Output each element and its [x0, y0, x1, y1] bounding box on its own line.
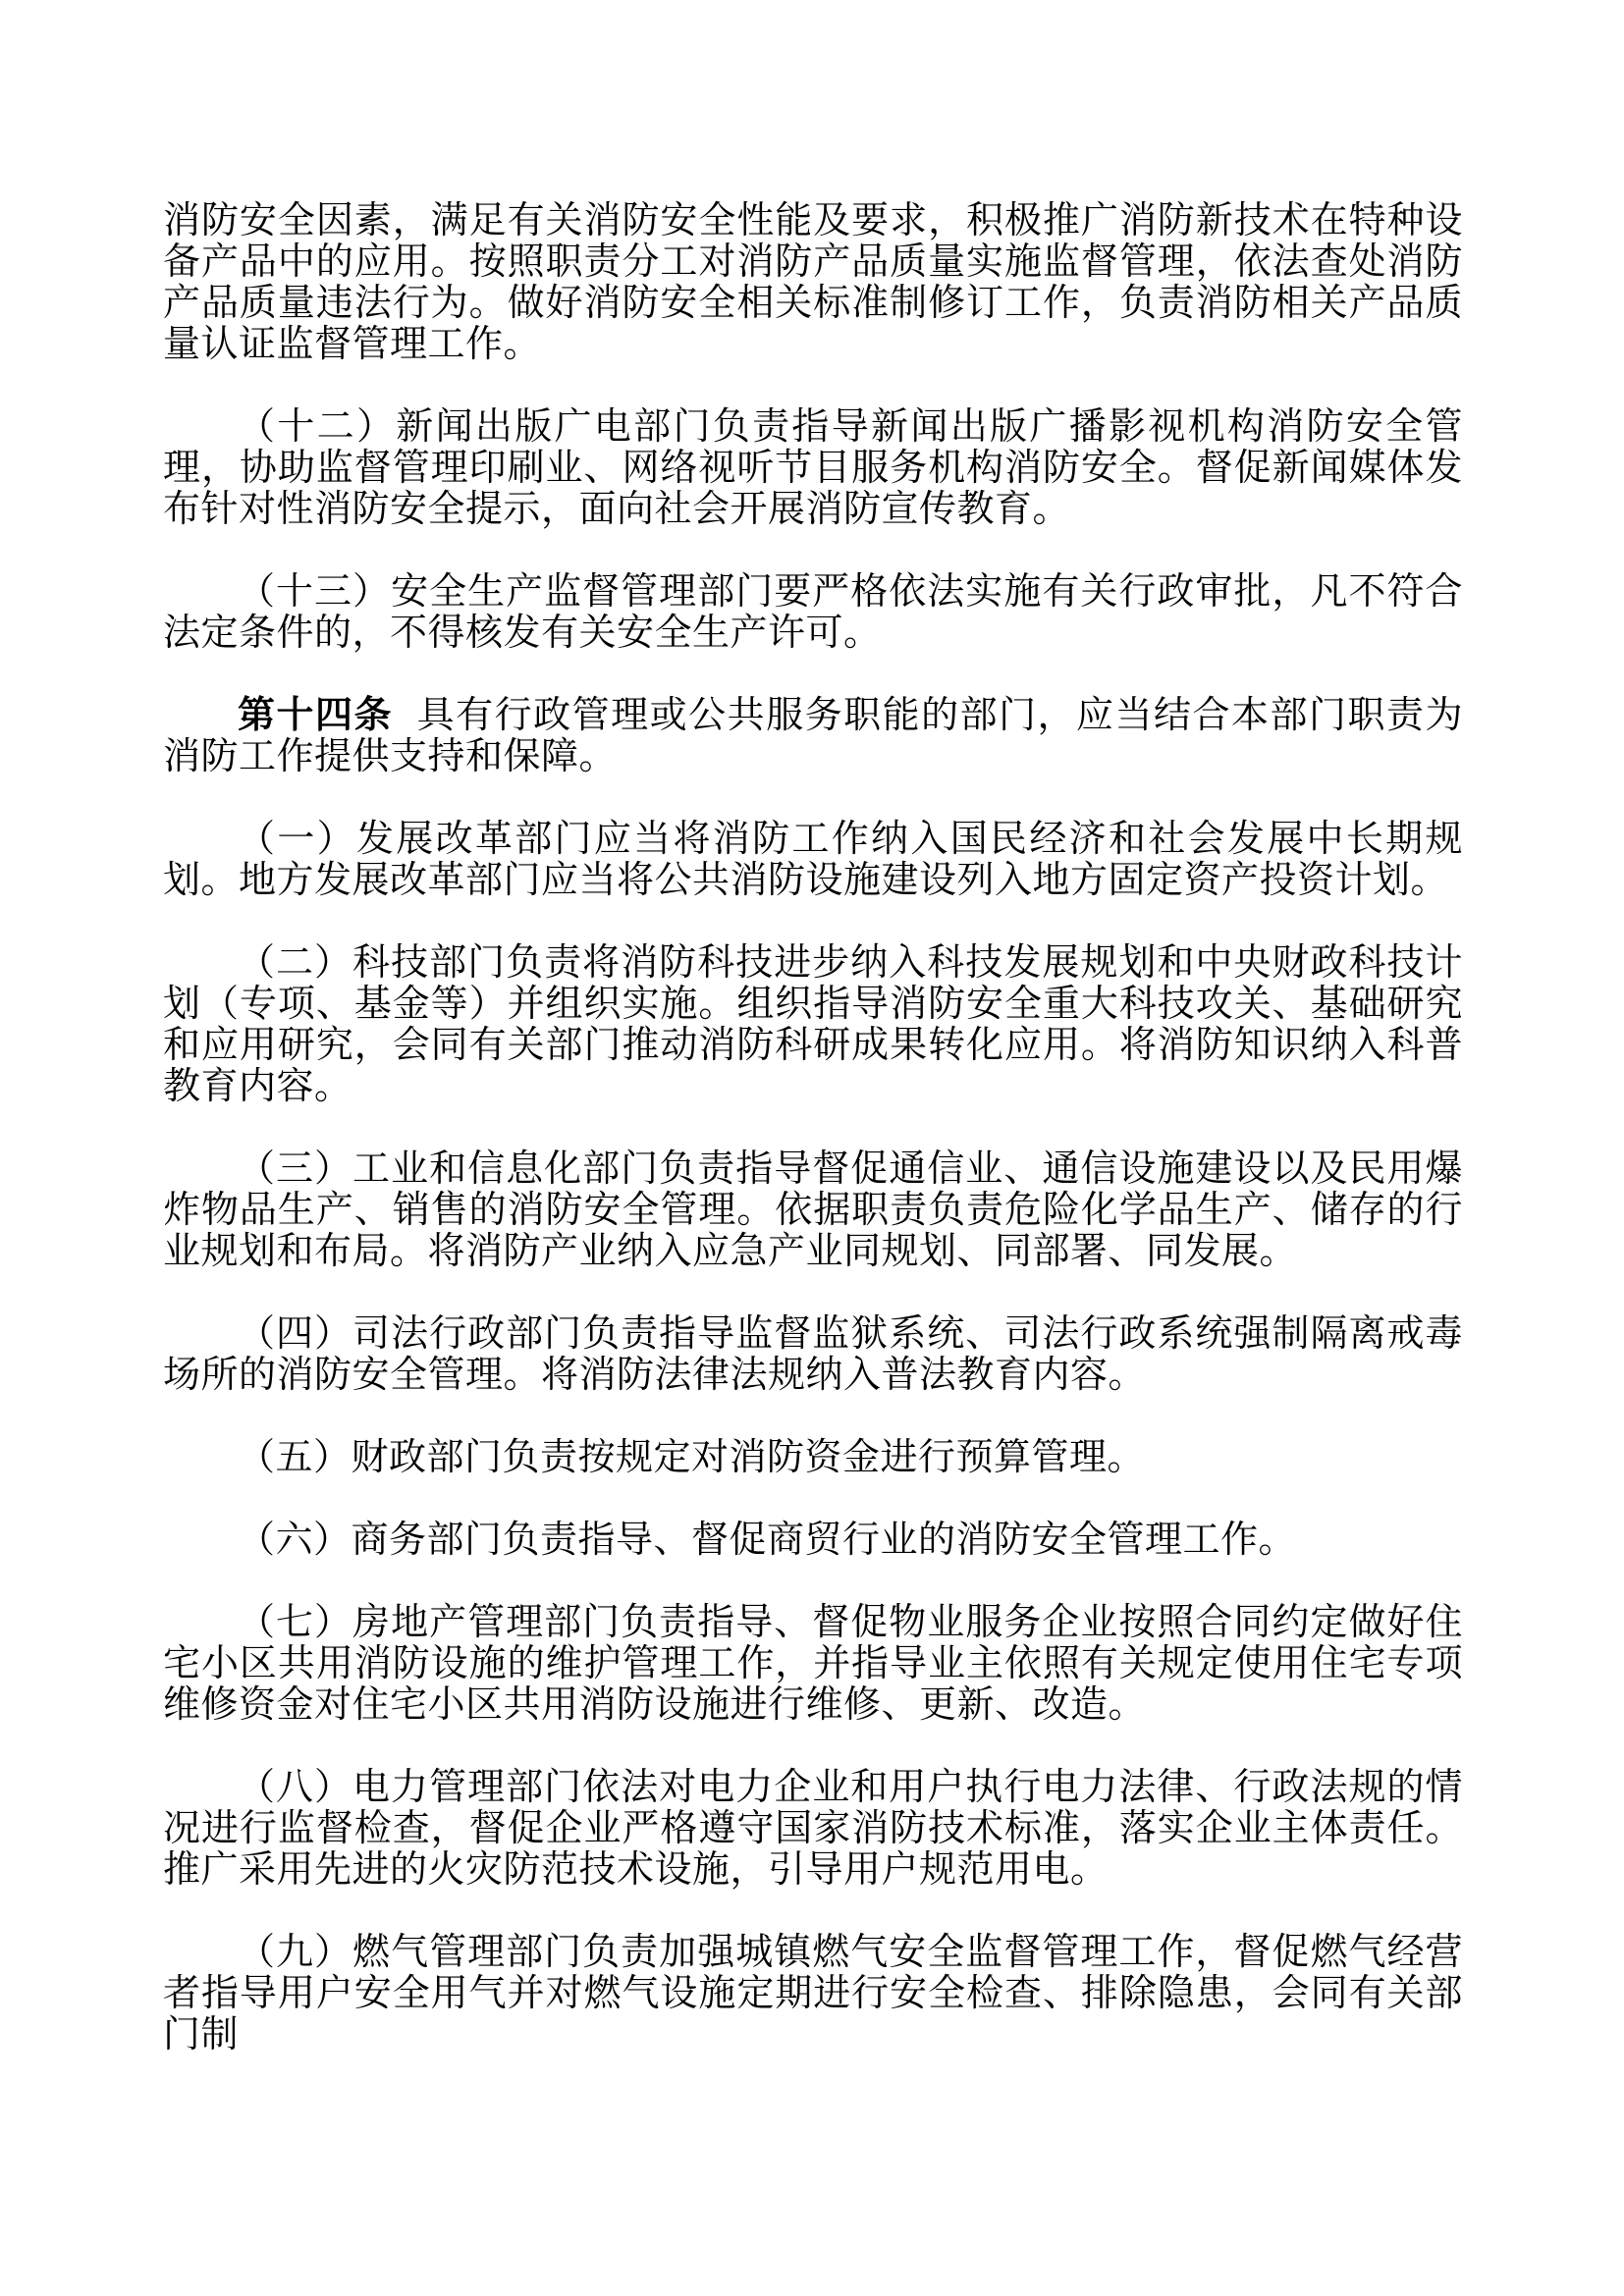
paragraph: （五）财政部门负责按规定对消防资金进行预算管理。 [163, 1437, 1463, 1478]
article-number: 第十四条 [238, 695, 393, 736]
paragraph: （一）发展改革部门应当将消防工作纳入国民经济和社会发展中长期规划。地方发展改革部… [163, 819, 1463, 901]
paragraph: （七）房地产管理部门负责指导、督促物业服务企业按照合同约定做好住宅小区共用消防设… [163, 1602, 1463, 1726]
paragraph: （八）电力管理部门依法对电力企业和用户执行电力法律、行政法规的情况进行监督检查，… [163, 1767, 1463, 1891]
paragraph: （二）科技部门负责将消防科技进步纳入科技发展规划和中央财政科技计划（专项、基金等… [163, 942, 1463, 1107]
paragraph: （十三）安全生产监督管理部门要严格依法实施有关行政审批，凡不符合法定条件的，不得… [163, 571, 1463, 654]
document-page: 消防安全因素，满足有关消防安全性能及要求，积极推广消防新技术在特种设备产品中的应… [0, 0, 1624, 2296]
paragraph: （九）燃气管理部门负责加强城镇燃气安全监督管理工作，督促燃气经营者指导用户安全用… [163, 1932, 1463, 2056]
paragraph: （六）商务部门负责指导、督促商贸行业的消防安全管理工作。 [163, 1520, 1463, 1561]
paragraph: （四）司法行政部门负责指导监督监狱系统、司法行政系统强制隔离戒毒场所的消防安全管… [163, 1313, 1463, 1396]
paragraph: （十二）新闻出版广电部门负责指导新闻出版广播影视机构消防安全管理，协助监督管理印… [163, 406, 1463, 530]
paragraph: 第十四条具有行政管理或公共服务职能的部门，应当结合本部门职责为消防工作提供支持和… [163, 695, 1463, 777]
paragraph: （三）工业和信息化部门负责指导督促通信业、通信设施建设以及民用爆炸物品生产、销售… [163, 1148, 1463, 1272]
paragraph: 消防安全因素，满足有关消防安全性能及要求，积极推广消防新技术在特种设备产品中的应… [163, 200, 1463, 365]
